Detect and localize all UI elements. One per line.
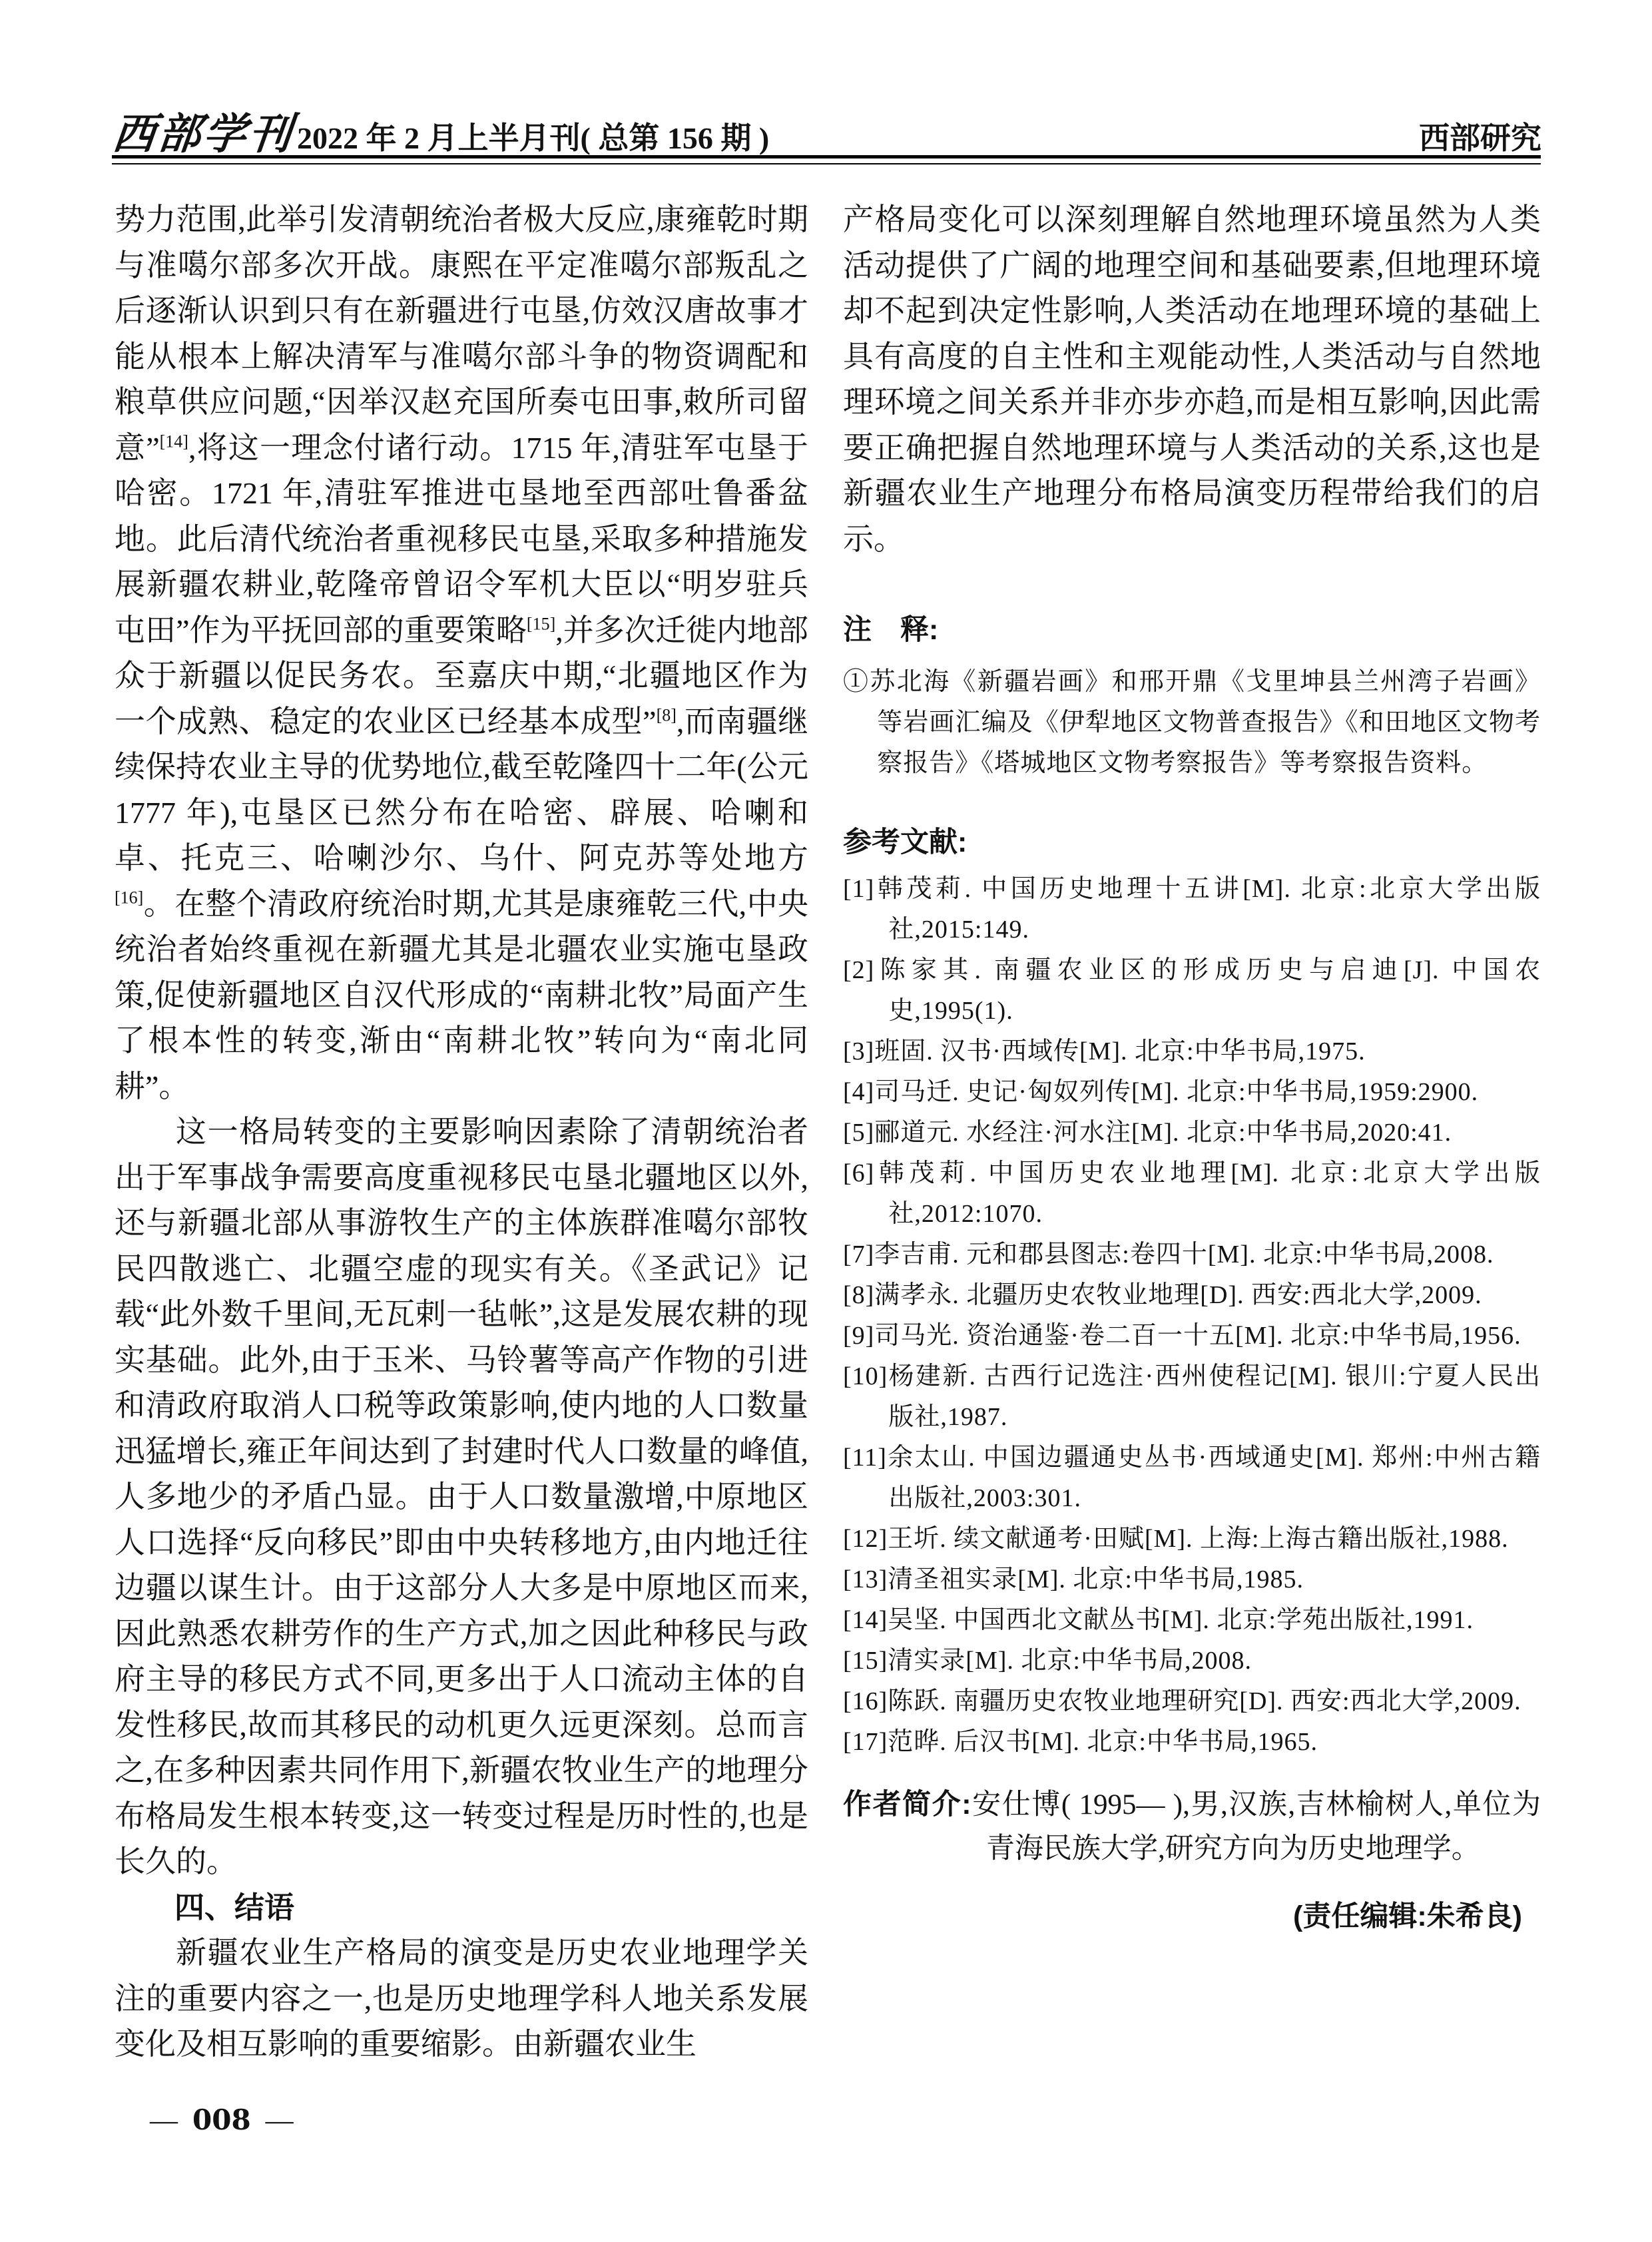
reference-item: [5]郦道元. 水经注·河水注[M]. 北京:中华书局,2020:41. — [843, 1113, 1541, 1153]
reference-item: [17]范晔. 后汉书[M]. 北京:中华书局,1965. — [843, 1722, 1541, 1763]
citation-superscript: [8] — [657, 705, 677, 724]
reference-item: [11]余太山. 中国边疆通史丛书·西域通史[M]. 郑州:中州古籍出版社,20… — [843, 1438, 1541, 1519]
section-label: 西部研究 — [1419, 114, 1541, 158]
footer-left-dash: — — [150, 2105, 178, 2136]
paragraph: 这一格局转变的主要影响因素除了清朝统治者出于军事战争需要高度重视移民屯垦北疆地区… — [115, 1109, 808, 1885]
left-column: 势力范围,此举引发清朝统治者极大反应,康雍乾时期与准噶尔部多次开战。康熙在平定准… — [115, 197, 808, 2068]
citation-superscript: [16] — [115, 888, 143, 907]
note-marker: ① — [843, 668, 870, 696]
note-text: 苏北海《新疆岩画》和邢开鼎《戈里坤县兰州湾子岩画》等岩画汇编及《伊犁地区文物普查… — [870, 668, 1541, 777]
notes-heading: 注 释: — [843, 611, 1541, 649]
editor-note: (责任编辑:朱希良) — [843, 1898, 1541, 1935]
note-item: ①苏北海《新疆岩画》和邢开鼎《戈里坤县兰州湾子岩画》等岩画汇编及《伊犁地区文物普… — [843, 662, 1541, 784]
references-heading: 参考文献: — [843, 824, 1541, 861]
reference-item: [12]王圻. 续文献通考·田赋[M]. 上海:上海古籍出版社,1988. — [843, 1519, 1541, 1559]
reference-item: [9]司马光. 资治通鉴·卷二百一十五[M]. 北京:中华书局,1956. — [843, 1316, 1541, 1356]
right-column: 产格局变化可以深刻理解自然地理环境虽然为人类活动提供了广阔的地理空间和基础要素,… — [843, 197, 1541, 1935]
references-list: [1]韩茂莉. 中国历史地理十五讲[M]. 北京:北京大学出版社,2015:14… — [843, 869, 1541, 1763]
paragraph-continuation: 势力范围,此举引发清朝统治者极大反应,康雍乾时期与准噶尔部多次开战。康熙在平定准… — [115, 197, 808, 1109]
text-run: 势力范围,此举引发清朝统治者极大反应,康雍乾时期与准噶尔部多次开战。康熙在平定准… — [115, 202, 808, 465]
reference-item: [2]陈家其. 南疆农业区的形成历史与启迪[J]. 中国农史,1995(1). — [843, 950, 1541, 1031]
reference-item: [6]韩茂莉. 中国历史农业地理[M]. 北京:北京大学出版社,2012:107… — [843, 1153, 1541, 1235]
section-heading-conclusion: 四、结语 — [115, 1885, 808, 1931]
reference-item: [7]李吉甫. 元和郡县图志:卷四十[M]. 北京:中华书局,2008. — [843, 1235, 1541, 1275]
paragraph: 新疆农业生产格局的演变是历史农业地理学关注的重要内容之一,也是历史地理学科人地关… — [115, 1930, 808, 2068]
reference-item: [14]吴坚. 中国西北文献丛书[M]. 北京:学苑出版社,1991. — [843, 1600, 1541, 1641]
author-bio-label: 作者简介: — [843, 1789, 971, 1821]
footer-right-dash: — — [266, 2105, 294, 2136]
page-header: 西部学刊 2022 年 2 月上半月刊( 总第 156 期 ) 西部研究 — [113, 100, 1541, 161]
header-rule-thin — [112, 163, 1541, 164]
citation-superscript: [15] — [527, 614, 555, 633]
citation-superscript: [14] — [160, 431, 188, 451]
reference-item: [16]陈跃. 南疆历史农牧业地理研究[D]. 西安:西北大学,2009. — [843, 1681, 1541, 1722]
page-number: 008 — [192, 2103, 251, 2136]
author-bio-text: 安仕博( 1995— ),男,汉族,吉林榆树人,单位为青海民族大学,研究方向为历… — [971, 1789, 1541, 1864]
reference-item: [10]杨建新. 古西行记选注·西州使程记[M]. 银川:宁夏人民出版社,198… — [843, 1356, 1541, 1438]
journal-page: 西部学刊 2022 年 2 月上半月刊( 总第 156 期 ) 西部研究 势力范… — [0, 0, 1652, 2242]
page-footer: —008— — [150, 2104, 294, 2137]
reference-item: [15]清实录[M]. 北京:中华书局,2008. — [843, 1641, 1541, 1681]
journal-logo: 西部学刊 — [110, 100, 298, 161]
paragraph-continuation: 产格局变化可以深刻理解自然地理环境虽然为人类活动提供了广阔的地理空间和基础要素,… — [843, 197, 1541, 562]
issue-info: 2022 年 2 月上半月刊( 总第 156 期 ) — [297, 114, 769, 158]
reference-item: [4]司马迁. 史记·匈奴列传[M]. 北京:中华书局,1959:2900. — [843, 1072, 1541, 1113]
reference-item: [13]清圣祖实录[M]. 北京:中华书局,1985. — [843, 1559, 1541, 1600]
reference-item: [3]班固. 汉书·西域传[M]. 北京:中华书局,1975. — [843, 1031, 1541, 1072]
text-run: 。在整个清政府统治时期,尤其是康雍乾三代,中央统治者始终重视在新疆尤其是北疆农业… — [115, 887, 808, 1103]
notes-list: ①苏北海《新疆岩画》和邢开鼎《戈里坤县兰州湾子岩画》等岩画汇编及《伊犁地区文物普… — [843, 662, 1541, 784]
header-rule-thick — [112, 155, 1541, 158]
reference-item: [1]韩茂莉. 中国历史地理十五讲[M]. 北京:北京大学出版社,2015:14… — [843, 869, 1541, 950]
author-bio: 作者简介:安仕博( 1995— ),男,汉族,吉林榆树人,单位为青海民族大学,研… — [843, 1783, 1541, 1871]
reference-item: [8]满孝永. 北疆历史农牧业地理[D]. 西安:西北大学,2009. — [843, 1275, 1541, 1316]
